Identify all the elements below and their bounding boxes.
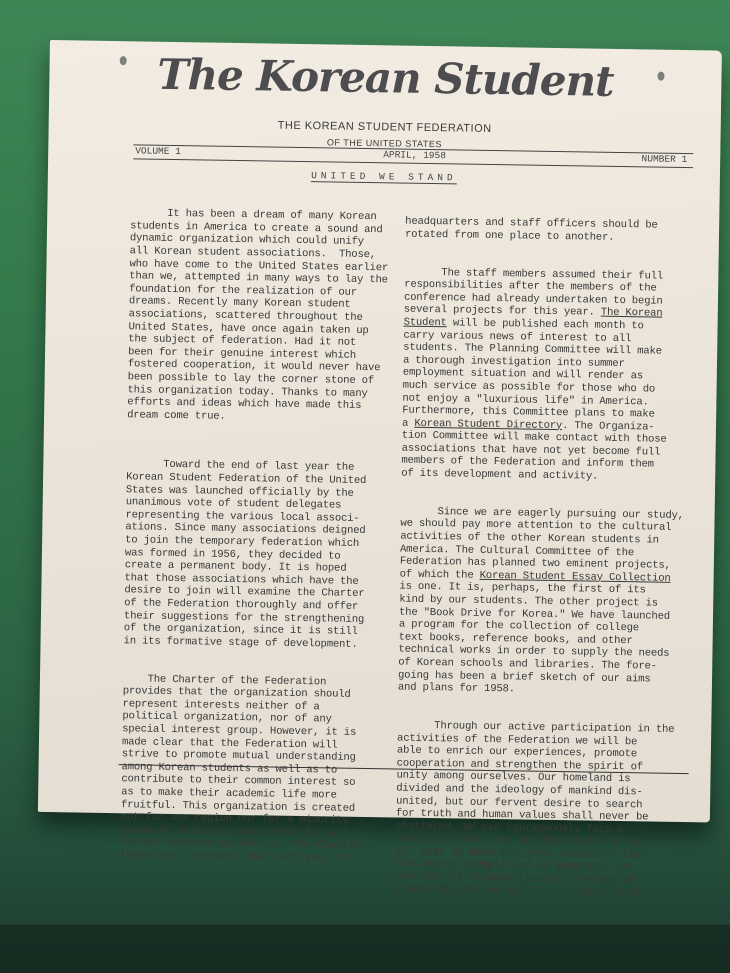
issue-number: NUMBER 1 xyxy=(642,153,688,165)
article-right-column: headquarters and staff officers should b… xyxy=(394,191,667,925)
text: is one. It is, perhaps, the first of its… xyxy=(398,573,671,696)
paragraph: Since we are eagerly pursuing our study,… xyxy=(398,505,663,698)
paragraph: It has been a dream of many Korean stude… xyxy=(127,207,392,425)
title-ref-korean-student: Student xyxy=(404,317,447,330)
text: will be published each month to carry va… xyxy=(402,317,662,429)
issue-date: APRIL, 1958 xyxy=(383,149,446,161)
volume-label: VOLUME 1 xyxy=(135,145,181,157)
paragraph: Toward the end of last year the Korean S… xyxy=(123,459,388,652)
paragraph: The staff members assumed their full res… xyxy=(401,266,666,484)
article-left-column: It has been a dream of many Korean stude… xyxy=(120,182,393,891)
paragraph: Through our active participation in the … xyxy=(395,719,660,899)
headline-text: UNITED WE STAND xyxy=(311,170,457,184)
display-shadow xyxy=(0,925,730,973)
newsletter-page: The Korean Student THE KOREAN STUDENT FE… xyxy=(38,40,722,822)
title-ref-korean-student: The Korean xyxy=(601,307,663,320)
paragraph: headquarters and staff officers should b… xyxy=(405,216,667,245)
paragraph: The Charter of the Federation provides t… xyxy=(120,673,385,866)
masthead-title: The Korean Student xyxy=(49,48,722,108)
